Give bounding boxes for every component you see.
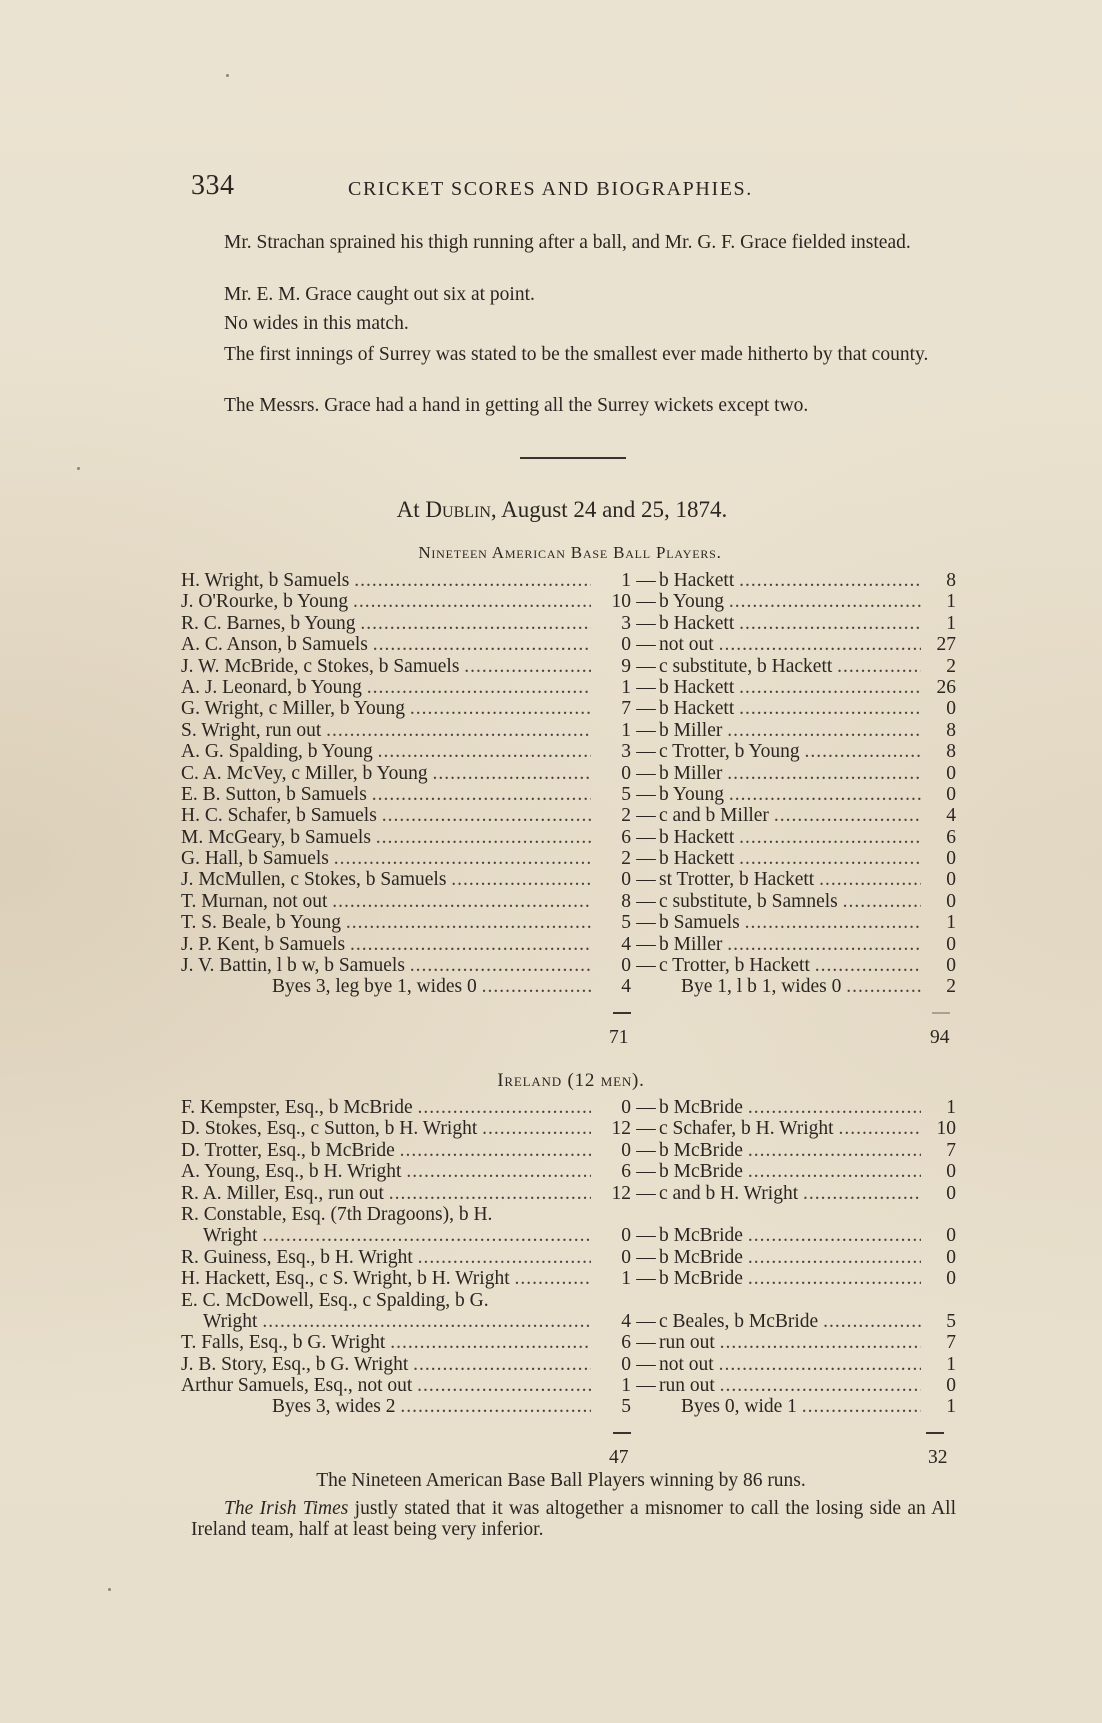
text: C. A. McVey, c Miller, b Young bbox=[181, 763, 428, 784]
batsman-dismissal: Arthur Samuels, Esq., not out ..........… bbox=[181, 1375, 591, 1396]
batting-row: A. C. Anson, b Samuels .................… bbox=[181, 634, 956, 655]
second-innings-dismissal: c and b Miller .........................… bbox=[659, 805, 921, 826]
leader-dots: ........................................… bbox=[739, 848, 921, 869]
batsman-dismissal: F. Kempster, Esq., b McBride ...........… bbox=[181, 1097, 591, 1118]
second-innings-runs: 7 bbox=[919, 1332, 956, 1353]
text: Wright bbox=[203, 1311, 257, 1332]
batting-row: F. Kempster, Esq., b McBride ...........… bbox=[181, 1097, 956, 1118]
team2-heading-text: Ireland (12 men). bbox=[497, 1070, 644, 1091]
leader-dots: ........................................… bbox=[805, 741, 921, 762]
batsman-dismissal: S. Wright, run out .....................… bbox=[181, 720, 591, 741]
batsman-dismissal: H. Wright, b Samuels ...................… bbox=[181, 570, 591, 591]
innings-separator: — bbox=[636, 1140, 656, 1161]
first-innings-runs: 10 bbox=[593, 591, 631, 612]
text: c Trotter, b Young bbox=[659, 741, 800, 762]
first-innings-runs: 2 bbox=[593, 848, 631, 869]
batsman-dismissal: T. Murnan, not out .....................… bbox=[181, 891, 591, 912]
extras-label: Byes 3, leg bye 1, wides 0 .............… bbox=[181, 976, 591, 997]
text: b Hackett bbox=[659, 698, 734, 719]
note-text: Mr. E. M. Grace caught out six at point. bbox=[224, 284, 535, 305]
leader-dots: ........................................… bbox=[727, 934, 921, 955]
second-innings-dismissal: c substitute, b Hackett ................… bbox=[659, 656, 921, 677]
batsman-dismissal: J. P. Kent, b Samuels ..................… bbox=[181, 934, 591, 955]
text: R. C. Barnes, b Young bbox=[181, 613, 355, 634]
batsman-wrap-line: R. Constable, Esq. (7th Dragoons), b H. bbox=[181, 1204, 956, 1225]
innings-separator: — bbox=[636, 1268, 656, 1289]
leader-dots: ........................................… bbox=[372, 784, 591, 805]
second-innings-runs: 1 bbox=[919, 1354, 956, 1375]
leader-dots: ........................................… bbox=[748, 1140, 921, 1161]
team2-first-total: 47 bbox=[609, 1447, 629, 1469]
first-innings-runs: 1 bbox=[593, 677, 631, 698]
batting-row: H. Hackett, Esq., c S. Wright, b H. Wrig… bbox=[181, 1268, 956, 1289]
text: J. McMullen, c Stokes, b Samuels bbox=[181, 869, 446, 890]
text: Wright bbox=[203, 1225, 257, 1246]
leader-dots: ........................................… bbox=[739, 613, 921, 634]
second-innings-runs: 8 bbox=[919, 720, 956, 741]
leader-dots: ........................................… bbox=[802, 1396, 921, 1417]
second-innings-dismissal: b Hackett ..............................… bbox=[659, 677, 921, 698]
second-innings-dismissal: b Young ................................… bbox=[659, 784, 921, 805]
innings-separator: — bbox=[636, 656, 656, 677]
second-innings-runs: 0 bbox=[919, 1161, 956, 1182]
leader-dots: ........................................… bbox=[262, 1311, 591, 1332]
extras-label: Byes 0, wide 1 .........................… bbox=[659, 1396, 921, 1417]
note-paragraph: Mr. Strachan sprained his thigh running … bbox=[191, 232, 956, 253]
first-innings-runs: 4 bbox=[593, 976, 631, 997]
batting-row: Arthur Samuels, Esq., not out ..........… bbox=[181, 1375, 956, 1396]
batsman-dismissal: J. V. Battin, l b w, b Samuels .........… bbox=[181, 955, 591, 976]
team2-heading: Ireland (12 men). bbox=[0, 1070, 1102, 1092]
batsman-wrap-line: E. C. McDowell, Esq., c Spalding, b G. bbox=[181, 1290, 956, 1311]
innings-separator: — bbox=[636, 1225, 656, 1246]
batting-row: D. Trotter, Esq., b McBride ............… bbox=[181, 1140, 956, 1161]
leader-dots: ........................................… bbox=[376, 827, 591, 848]
first-innings-runs: 0 bbox=[593, 763, 631, 784]
second-innings-runs: 0 bbox=[919, 869, 956, 890]
text: b Miller bbox=[659, 763, 722, 784]
batting-row: R. C. Barnes, b Young ..................… bbox=[181, 613, 956, 634]
batting-row: R. A. Miller, Esq., run out ............… bbox=[181, 1183, 956, 1204]
second-innings-dismissal: b McBride ..............................… bbox=[659, 1140, 921, 1161]
first-innings-runs: 9 bbox=[593, 656, 631, 677]
text: not out bbox=[659, 1354, 714, 1375]
text: G. Wright, c Miller, b Young bbox=[181, 698, 405, 719]
batsman-dismissal: M. McGeary, b Samuels ..................… bbox=[181, 827, 591, 848]
innings-separator: — bbox=[636, 934, 656, 955]
innings-separator: — bbox=[636, 613, 656, 634]
batting-row: T. Falls, Esq., b G. Wright ............… bbox=[181, 1332, 956, 1353]
second-innings-runs: 1 bbox=[919, 591, 956, 612]
leader-dots: ........................................… bbox=[413, 1354, 591, 1375]
batsman-dismissal: G. Hall, b Samuels .....................… bbox=[181, 848, 591, 869]
first-innings-runs: 0 bbox=[593, 869, 631, 890]
innings-separator: — bbox=[636, 827, 656, 848]
text: b Young bbox=[659, 784, 724, 805]
batsman-line1: R. Constable, Esq. (7th Dragoons), b H. bbox=[181, 1204, 591, 1225]
leader-dots: ........................................… bbox=[389, 1183, 591, 1204]
second-innings-runs: 0 bbox=[919, 934, 956, 955]
batsman-dismissal: Wright .................................… bbox=[181, 1225, 591, 1246]
note-paragraph: No wides in this match. bbox=[191, 313, 956, 334]
first-innings-runs: 12 bbox=[593, 1183, 631, 1204]
batsman-dismissal: J. McMullen, c Stokes, b Samuels .......… bbox=[181, 869, 591, 890]
text: b Samuels bbox=[659, 912, 740, 933]
total-rule bbox=[613, 1012, 631, 1014]
second-innings-dismissal: b McBride ..............................… bbox=[659, 1225, 921, 1246]
leader-dots: ........................................… bbox=[353, 591, 591, 612]
leader-dots: ........................................… bbox=[390, 1332, 591, 1353]
match-title-prefix: At bbox=[397, 497, 420, 522]
innings-separator: — bbox=[636, 784, 656, 805]
text: J. P. Kent, b Samuels bbox=[181, 934, 345, 955]
text: E. B. Sutton, b Samuels bbox=[181, 784, 367, 805]
note-text: No wides in this match. bbox=[224, 313, 409, 334]
text: b Young bbox=[659, 591, 724, 612]
text: H. Wright, b Samuels bbox=[181, 570, 349, 591]
leader-dots: ........................................… bbox=[727, 720, 921, 741]
text: D. Stokes, Esq., c Sutton, b H. Wright bbox=[181, 1118, 477, 1139]
batting-row: D. Stokes, Esq., c Sutton, b H. Wright .… bbox=[181, 1118, 956, 1139]
first-innings-runs: 0 bbox=[593, 1097, 631, 1118]
batsman-dismissal: A. J. Leonard, b Young .................… bbox=[181, 677, 591, 698]
leader-dots: ........................................… bbox=[748, 1097, 921, 1118]
first-innings-runs: 2 bbox=[593, 805, 631, 826]
text: A. C. Anson, b Samuels bbox=[181, 634, 368, 655]
second-innings-runs: 0 bbox=[919, 1375, 956, 1396]
batting-row: J. W. McBride, c Stokes, b Samuels .....… bbox=[181, 656, 956, 677]
batting-row: A. G. Spalding, b Young ................… bbox=[181, 741, 956, 762]
leader-dots: ........................................… bbox=[846, 976, 921, 997]
second-innings-dismissal: b Hackett ..............................… bbox=[659, 698, 921, 719]
batting-row: Wright .................................… bbox=[181, 1225, 956, 1246]
leader-dots: ........................................… bbox=[382, 805, 591, 826]
extras-label: Bye 1, l b 1, wides 0 ..................… bbox=[659, 976, 921, 997]
batsman-dismissal: G. Wright, c Miller, b Young ...........… bbox=[181, 698, 591, 719]
leader-dots: ........................................… bbox=[332, 891, 591, 912]
batsman-dismissal: Wright .................................… bbox=[181, 1311, 591, 1332]
match-venue: Dublin bbox=[425, 497, 491, 522]
batsman-dismissal: J. W. McBride, c Stokes, b Samuels .....… bbox=[181, 656, 591, 677]
batting-row: A. J. Leonard, b Young .................… bbox=[181, 677, 956, 698]
leader-dots: ........................................… bbox=[719, 634, 921, 655]
second-innings-runs: 0 bbox=[919, 698, 956, 719]
innings-separator: — bbox=[636, 805, 656, 826]
paper-speck bbox=[77, 467, 80, 470]
text: b McBride bbox=[659, 1140, 743, 1161]
leader-dots: ........................................… bbox=[410, 955, 591, 976]
text: b McBride bbox=[659, 1247, 743, 1268]
text: c and b H. Wright bbox=[659, 1183, 798, 1204]
second-innings-runs: 0 bbox=[919, 1225, 956, 1246]
innings-separator: — bbox=[636, 763, 656, 784]
batsman-dismissal: J. O'Rourke, b Young ...................… bbox=[181, 591, 591, 612]
second-innings-dismissal: c Trotter, b Hackett ...................… bbox=[659, 955, 921, 976]
second-innings-runs: 2 bbox=[919, 656, 956, 677]
text: b Hackett bbox=[659, 613, 734, 634]
leader-dots: ........................................… bbox=[823, 1311, 921, 1332]
text: J. V. Battin, l b w, b Samuels bbox=[181, 955, 405, 976]
first-innings-runs: 0 bbox=[593, 1247, 631, 1268]
text: b McBride bbox=[659, 1268, 743, 1289]
text: G. Hall, b Samuels bbox=[181, 848, 329, 869]
second-innings-runs: 5 bbox=[919, 1311, 956, 1332]
second-innings-dismissal: b Young ................................… bbox=[659, 591, 921, 612]
second-innings-runs: 0 bbox=[919, 763, 956, 784]
second-innings-dismissal: b Miller ...............................… bbox=[659, 720, 921, 741]
leader-dots: ........................................… bbox=[748, 1161, 921, 1182]
first-innings-runs: 4 bbox=[593, 1311, 631, 1332]
note-text: The Messrs. Grace had a hand in getting … bbox=[224, 395, 808, 416]
text: st Trotter, b Hackett bbox=[659, 869, 814, 890]
batting-row: G. Wright, c Miller, b Young ...........… bbox=[181, 698, 956, 719]
second-innings-dismissal: b McBride ..............................… bbox=[659, 1097, 921, 1118]
second-innings-runs: 1 bbox=[919, 613, 956, 634]
innings-separator: — bbox=[636, 1118, 656, 1139]
batting-row: J. McMullen, c Stokes, b Samuels .......… bbox=[181, 869, 956, 890]
total-rule bbox=[932, 1012, 950, 1014]
second-innings-runs: 8 bbox=[919, 741, 956, 762]
second-innings-runs: 1 bbox=[919, 1396, 956, 1417]
batsman-dismissal: C. A. McVey, c Miller, b Young .........… bbox=[181, 763, 591, 784]
second-innings-dismissal: st Trotter, b Hackett ..................… bbox=[659, 869, 921, 890]
first-innings-runs: 0 bbox=[593, 1354, 631, 1375]
batting-row: E. B. Sutton, b Samuels ................… bbox=[181, 784, 956, 805]
running-title: CRICKET SCORES AND BIOGRAPHIES. bbox=[348, 178, 753, 201]
text: b Miller bbox=[659, 720, 722, 741]
second-innings-dismissal: b Hackett ..............................… bbox=[659, 570, 921, 591]
text: c substitute, b Hackett bbox=[659, 656, 832, 677]
leader-dots: ........................................… bbox=[367, 677, 591, 698]
text: R. A. Miller, Esq., run out bbox=[181, 1183, 384, 1204]
leader-dots: ........................................… bbox=[326, 720, 591, 741]
second-innings-dismissal: not out ................................… bbox=[659, 1354, 921, 1375]
text: b McBride bbox=[659, 1161, 743, 1182]
match-dates: , August 24 and 25, 1874. bbox=[491, 497, 727, 522]
first-innings-runs: 5 bbox=[593, 912, 631, 933]
second-innings-dismissal: b Hackett ..............................… bbox=[659, 827, 921, 848]
leader-dots: ........................................… bbox=[843, 891, 921, 912]
innings-separator: — bbox=[636, 1247, 656, 1268]
innings-separator: — bbox=[636, 698, 656, 719]
text: Bye 1, l b 1, wides 0 bbox=[681, 976, 841, 997]
second-innings-dismissal: b McBride ..............................… bbox=[659, 1247, 921, 1268]
batsman-dismissal: T. S. Beale, b Young ...................… bbox=[181, 912, 591, 933]
second-innings-dismissal: b Miller ...............................… bbox=[659, 763, 921, 784]
second-innings-runs: 8 bbox=[919, 570, 956, 591]
innings-separator: — bbox=[636, 634, 656, 655]
text: Byes 3, wides 2 bbox=[272, 1396, 396, 1417]
first-innings-runs: 0 bbox=[593, 634, 631, 655]
batsman-dismissal: R. A. Miller, Esq., run out ............… bbox=[181, 1183, 591, 1204]
leader-dots: ........................................… bbox=[262, 1225, 591, 1246]
batting-row: A. Young, Esq., b H. Wright ............… bbox=[181, 1161, 956, 1182]
first-innings-runs: 6 bbox=[593, 827, 631, 848]
second-innings-dismissal: not out ................................… bbox=[659, 634, 921, 655]
text: b Miller bbox=[659, 934, 722, 955]
innings-separator: — bbox=[636, 677, 656, 698]
innings-separator: — bbox=[636, 1161, 656, 1182]
first-innings-runs: 7 bbox=[593, 698, 631, 719]
second-innings-runs: 27 bbox=[919, 634, 956, 655]
second-innings-runs: 6 bbox=[919, 827, 956, 848]
text: Byes 0, wide 1 bbox=[681, 1396, 797, 1417]
batsman-dismissal: H. Hackett, Esq., c S. Wright, b H. Wrig… bbox=[181, 1268, 591, 1289]
leader-dots: ........................................… bbox=[745, 912, 921, 933]
second-innings-dismissal: b Samuels ..............................… bbox=[659, 912, 921, 933]
innings-separator: — bbox=[636, 591, 656, 612]
second-innings-runs: 1 bbox=[919, 912, 956, 933]
second-innings-dismissal: c Beales, b McBride ....................… bbox=[659, 1311, 921, 1332]
leader-dots: ........................................… bbox=[334, 848, 591, 869]
book-page: 334 CRICKET SCORES AND BIOGRAPHIES. Mr. … bbox=[0, 0, 1102, 1723]
second-innings-runs: 0 bbox=[919, 1247, 956, 1268]
leader-dots: ........................................… bbox=[400, 1396, 591, 1417]
batsman-dismissal: A. G. Spalding, b Young ................… bbox=[181, 741, 591, 762]
second-innings-dismissal: b Hackett ..............................… bbox=[659, 848, 921, 869]
batsman-dismissal: D. Trotter, Esq., b McBride ............… bbox=[181, 1140, 591, 1161]
note-paragraph: The first innings of Surrey was stated t… bbox=[191, 344, 956, 365]
batsman-dismissal: R. C. Barnes, b Young ..................… bbox=[181, 613, 591, 634]
batting-row: C. A. McVey, c Miller, b Young .........… bbox=[181, 763, 956, 784]
innings-separator: — bbox=[636, 741, 656, 762]
batsman-dismissal: H. C. Schafer, b Samuels ...............… bbox=[181, 805, 591, 826]
innings-separator: — bbox=[636, 1311, 656, 1332]
batsman-dismissal: D. Stokes, Esq., c Sutton, b H. Wright .… bbox=[181, 1118, 591, 1139]
leader-dots: ........................................… bbox=[418, 1247, 591, 1268]
note-text: Mr. Strachan sprained his thigh running … bbox=[224, 232, 911, 253]
second-innings-runs: 0 bbox=[919, 848, 956, 869]
leader-dots: ........................................… bbox=[482, 976, 591, 997]
leader-dots: ........................................… bbox=[739, 698, 921, 719]
innings-separator: — bbox=[636, 848, 656, 869]
text: R. Guiness, Esq., b H. Wright bbox=[181, 1247, 413, 1268]
second-innings-dismissal: run out ................................… bbox=[659, 1375, 921, 1396]
batting-row: T. Murnan, not out .....................… bbox=[181, 891, 956, 912]
second-innings-dismissal: c substitute, b Samnels ................… bbox=[659, 891, 921, 912]
batsman-dismissal: E. B. Sutton, b Samuels ................… bbox=[181, 784, 591, 805]
second-innings-dismissal: c Trotter, b Young .....................… bbox=[659, 741, 921, 762]
text: T. Falls, Esq., b G. Wright bbox=[181, 1332, 385, 1353]
first-innings-runs: 8 bbox=[593, 891, 631, 912]
batsman-dismissal: A. C. Anson, b Samuels .................… bbox=[181, 634, 591, 655]
first-innings-runs: 12 bbox=[593, 1118, 631, 1139]
leader-dots: ........................................… bbox=[729, 784, 921, 805]
team1-second-total: 94 bbox=[930, 1027, 950, 1049]
leader-dots: ........................................… bbox=[360, 613, 591, 634]
running-head: 334 CRICKET SCORES AND BIOGRAPHIES. bbox=[191, 170, 871, 210]
batting-row: Wright .................................… bbox=[181, 1311, 956, 1332]
paper-speck bbox=[108, 1588, 111, 1591]
first-innings-runs: 5 bbox=[593, 1396, 631, 1417]
extras-label: Byes 3, wides 2 ........................… bbox=[181, 1396, 591, 1417]
team1-heading: Nineteen American Base Ball Players. bbox=[0, 543, 1102, 563]
text: F. Kempster, Esq., b McBride bbox=[181, 1097, 413, 1118]
leader-dots: ........................................… bbox=[378, 741, 591, 762]
total-rule bbox=[613, 1432, 631, 1434]
match-title: At Dublin, August 24 and 25, 1874. bbox=[0, 497, 1102, 523]
leader-dots: ........................................… bbox=[354, 570, 591, 591]
text: b McBride bbox=[659, 1097, 743, 1118]
first-innings-runs: 1 bbox=[593, 1375, 631, 1396]
innings-separator: — bbox=[636, 912, 656, 933]
batting-row: T. S. Beale, b Young ...................… bbox=[181, 912, 956, 933]
innings-separator: — bbox=[636, 570, 656, 591]
innings-separator: — bbox=[636, 1097, 656, 1118]
innings-separator: — bbox=[636, 891, 656, 912]
second-innings-dismissal: c and b H. Wright ......................… bbox=[659, 1183, 921, 1204]
innings-separator: — bbox=[636, 1183, 656, 1204]
batting-row: R. Guiness, Esq., b H. Wright ..........… bbox=[181, 1247, 956, 1268]
leader-dots: ........................................… bbox=[727, 763, 921, 784]
leader-dots: ........................................… bbox=[748, 1268, 921, 1289]
batting-row: H. C. Schafer, b Samuels ...............… bbox=[181, 805, 956, 826]
leader-dots: ........................................… bbox=[720, 1332, 921, 1353]
text: b Hackett bbox=[659, 827, 734, 848]
first-innings-runs: 1 bbox=[593, 1268, 631, 1289]
leader-dots: ........................................… bbox=[803, 1183, 921, 1204]
extras-row: Byes 3, leg bye 1, wides 0 .............… bbox=[181, 976, 956, 997]
text: b Hackett bbox=[659, 848, 734, 869]
first-innings-runs: 0 bbox=[593, 1140, 631, 1161]
text: not out bbox=[659, 634, 714, 655]
innings-separator: — bbox=[636, 1332, 656, 1353]
batsman-dismissal: T. Falls, Esq., b G. Wright ............… bbox=[181, 1332, 591, 1353]
match-result: The Nineteen American Base Ball Players … bbox=[0, 1470, 1102, 1492]
team1-totals: 71 94 bbox=[181, 1012, 956, 1062]
second-innings-runs: 0 bbox=[919, 1183, 956, 1204]
note-paragraph: The Messrs. Grace had a hand in getting … bbox=[191, 395, 956, 416]
second-innings-runs: 26 bbox=[919, 677, 956, 698]
second-innings-runs: 10 bbox=[919, 1118, 956, 1139]
second-innings-dismissal: run out ................................… bbox=[659, 1332, 921, 1353]
leader-dots: ........................................… bbox=[819, 869, 921, 890]
second-innings-runs: 0 bbox=[919, 784, 956, 805]
team2-second-total: 32 bbox=[928, 1447, 948, 1469]
first-innings-runs: 5 bbox=[593, 784, 631, 805]
first-innings-runs: 0 bbox=[593, 1225, 631, 1246]
second-innings-dismissal: c Schafer, b H. Wright .................… bbox=[659, 1118, 921, 1139]
text: c Beales, b McBride bbox=[659, 1311, 818, 1332]
second-innings-dismissal: b Hackett ..............................… bbox=[659, 613, 921, 634]
batsman-dismissal: R. Guiness, Esq., b H. Wright ..........… bbox=[181, 1247, 591, 1268]
leader-dots: ........................................… bbox=[417, 1375, 591, 1396]
innings-separator: — bbox=[636, 869, 656, 890]
text: c substitute, b Samnels bbox=[659, 891, 838, 912]
batsman-dismissal: A. Young, Esq., b H. Wright ............… bbox=[181, 1161, 591, 1182]
section-divider bbox=[520, 457, 626, 459]
text: run out bbox=[659, 1332, 715, 1353]
batting-row: J. P. Kent, b Samuels ..................… bbox=[181, 934, 956, 955]
leader-dots: ........................................… bbox=[406, 1161, 591, 1182]
text: Arthur Samuels, Esq., not out bbox=[181, 1375, 412, 1396]
leader-dots: ........................................… bbox=[350, 934, 591, 955]
first-innings-runs: 3 bbox=[593, 741, 631, 762]
leader-dots: ........................................… bbox=[464, 656, 591, 677]
team2-scorecard: F. Kempster, Esq., b McBride ...........… bbox=[181, 1097, 956, 1418]
leader-dots: ........................................… bbox=[432, 763, 591, 784]
batsman-line1: E. C. McDowell, Esq., c Spalding, b G. bbox=[181, 1290, 591, 1311]
first-innings-runs: 6 bbox=[593, 1161, 631, 1182]
second-innings-runs: 1 bbox=[919, 1097, 956, 1118]
note-text: The first innings of Surrey was stated t… bbox=[224, 344, 928, 365]
batsman-dismissal: J. B. Story, Esq., b G. Wright .........… bbox=[181, 1354, 591, 1375]
batting-row: J. V. Battin, l b w, b Samuels .........… bbox=[181, 955, 956, 976]
leader-dots: ........................................… bbox=[719, 1354, 921, 1375]
leader-dots: ........................................… bbox=[720, 1375, 921, 1396]
second-innings-runs: 4 bbox=[919, 805, 956, 826]
leader-dots: ........................................… bbox=[410, 698, 591, 719]
